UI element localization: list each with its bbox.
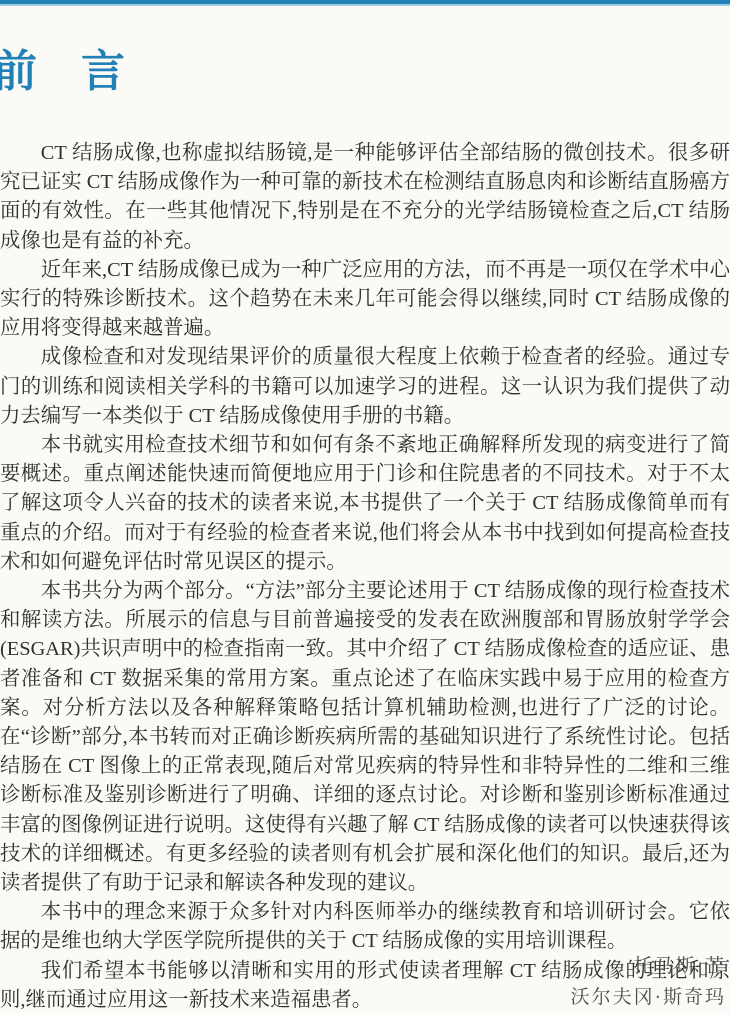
preface-paragraph-1: CT 结肠成像,也称虚拟结肠镜,是一种能够评估全部结肠的微创技术。很多研究已证实…	[0, 139, 730, 256]
top-accent-bar	[0, 0, 730, 6]
preface-paragraph-4: 本书就实用检查技术细节和如何有条不紊地正确解释所发现的病变进行了简要概述。重点阐…	[0, 431, 730, 577]
preface-paragraph-3: 成像检查和对发现结果评价的质量很大程度上依赖于检查者的经验。通过专门的训练和阅读…	[0, 343, 730, 431]
preface-paragraph-6: 本书中的理念来源于众多针对内科医师举办的继续教育和培训研讨会。它依据的是维也纳大…	[0, 898, 730, 956]
author-name-1: 托马斯·芒	[571, 951, 726, 982]
page-title: 前 言	[0, 48, 125, 96]
author-name-2: 沃尔夫冈·斯奇玛	[571, 982, 726, 1013]
preface-paragraph-2: 近年来,CT 结肠成像已成为一种广泛应用的方法，而不再是一项仅在学术中心实行的特…	[0, 256, 730, 344]
author-signature: 托马斯·芒 沃尔夫冈·斯奇玛	[571, 951, 726, 1013]
preface-body: CT 结肠成像,也称虚拟结肠镜,是一种能够评估全部结肠的微创技术。很多研究已证实…	[0, 139, 730, 1013]
preface-paragraph-5: 本书共分为两个部分。“方法”部分主要论述用于 CT 结肠成像的现行检查技术和解读…	[0, 577, 730, 898]
preface-page: 前 言 CT 结肠成像,也称虚拟结肠镜,是一种能够评估全部结肠的微创技术。很多研…	[0, 0, 730, 1013]
